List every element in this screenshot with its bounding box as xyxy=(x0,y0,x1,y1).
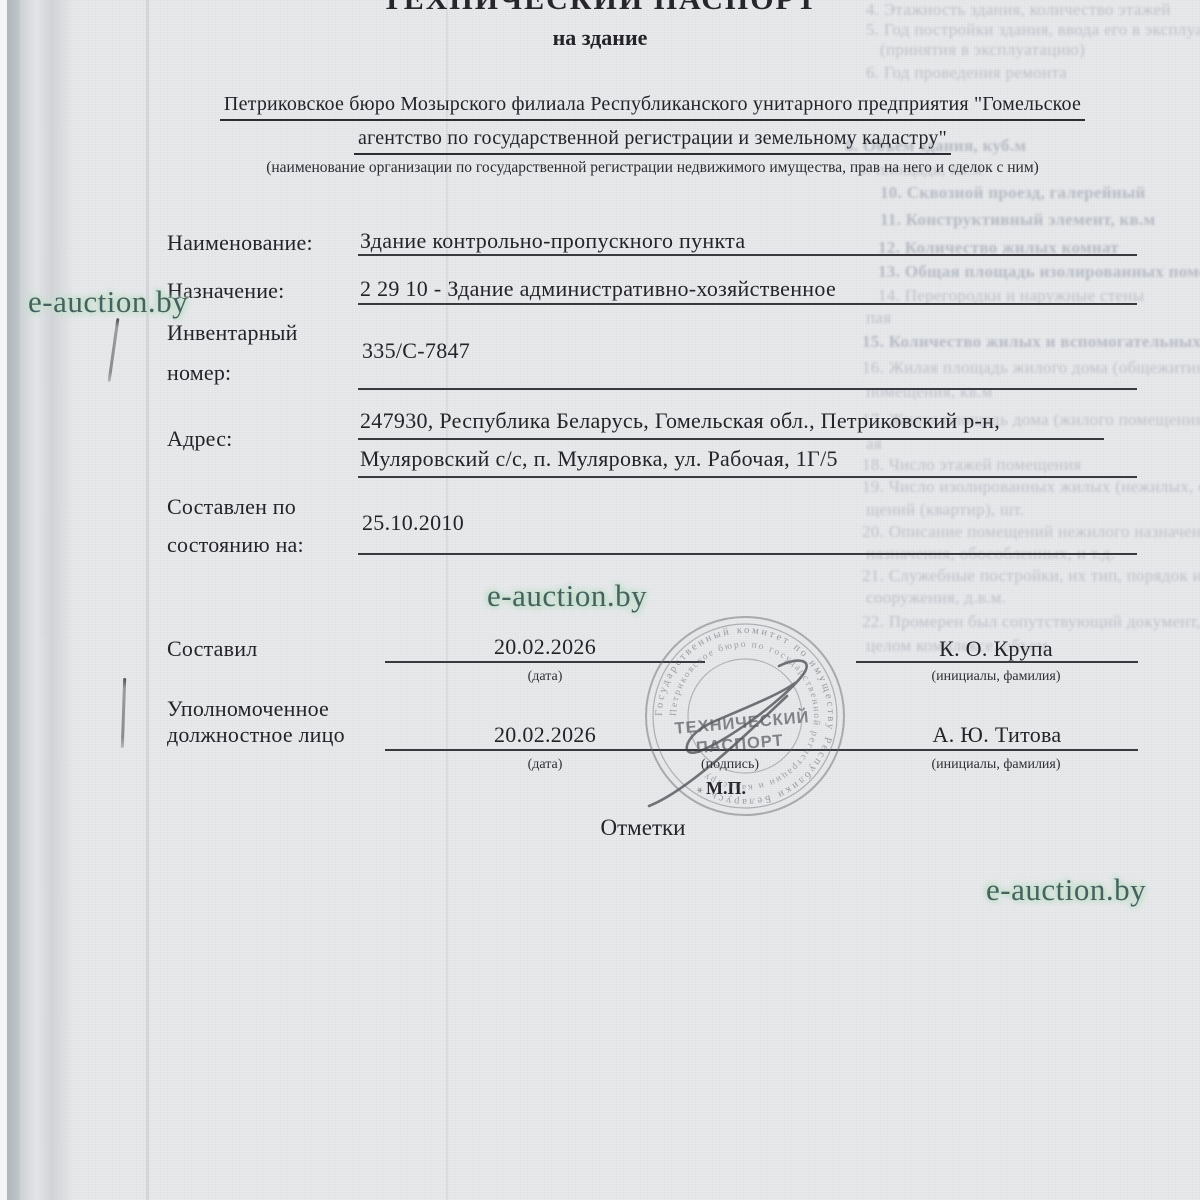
document-title: ТЕХНИЧЕСКИЙ ПАСПОРТ xyxy=(0,0,1200,17)
scan-edge-white xyxy=(0,0,7,1200)
field-inventory-label-line2: номер: xyxy=(167,360,231,386)
field-address-underline1 xyxy=(358,438,1104,440)
field-inventory-value: 335/С-7847 xyxy=(362,338,470,364)
watermark-bottom-right: e-auction.by xyxy=(986,872,1146,908)
bleedthrough-text: 13. Общая площадь изолированных помещени… xyxy=(878,262,1200,282)
official-name: А. Ю. Титова xyxy=(933,722,1062,748)
field-address-value-line2: Муляровский с/с, п. Муляровка, ул. Рабоч… xyxy=(360,446,838,472)
official-name-caption: (инициалы, фамилия) xyxy=(931,757,1060,773)
official-label-line2: должностное лицо xyxy=(167,722,345,748)
bleedthrough-text: 16. Жилая площадь жилого дома (общежития… xyxy=(862,358,1200,378)
composed-date: 20.02.2026 xyxy=(494,634,596,660)
staple-mark-top xyxy=(108,318,120,382)
bleedthrough-text: 15. Количество жилых и вспомогательных п… xyxy=(862,332,1200,352)
field-name-label: Наименование: xyxy=(167,230,313,256)
document-subtitle: на здание xyxy=(0,25,1200,51)
composed-name-underline xyxy=(856,661,1138,663)
field-address-underline2 xyxy=(358,476,1137,478)
watermark-center: e-auction.by xyxy=(487,578,647,614)
paper-crease-line xyxy=(146,0,149,1200)
field-purpose-underline xyxy=(358,303,1137,305)
organization-name-line1-wrap: Петриковское бюро Мозырского филиала Рес… xyxy=(160,93,1145,116)
organization-name-line1: Петриковское бюро Мозырского филиала Рес… xyxy=(220,93,1085,121)
field-asof-label-line2: состоянию на: xyxy=(167,532,304,558)
composed-name: К. О. Крупа xyxy=(939,636,1053,662)
bleedthrough-text: ая xyxy=(866,434,882,454)
composed-date-caption: (дата) xyxy=(528,669,563,685)
composed-name-caption: (инициалы, фамилия) xyxy=(931,669,1060,685)
official-date: 20.02.2026 xyxy=(494,722,596,748)
field-inventory-label-line1: Инвентарный xyxy=(167,320,298,346)
field-asof-underline xyxy=(358,553,1137,555)
field-name-value: Здание контрольно-пропускного пункта xyxy=(360,228,745,254)
marks-heading: Отметки xyxy=(601,815,686,841)
bleedthrough-text: 6. Год проведения ремонта xyxy=(866,63,1067,83)
organization-name-line2-wrap: агентство по государственной регистрации… xyxy=(160,127,1145,150)
bleedthrough-text: щений (квартир), шт. xyxy=(866,500,1024,520)
bleedthrough-text: 22. Промерен был сопутствующий документ,… xyxy=(862,612,1200,632)
composed-label: Составил xyxy=(167,636,257,662)
watermark-top-left: e-auction.by xyxy=(28,284,188,320)
organization-caption: (наименование организации по государстве… xyxy=(160,159,1145,177)
field-inventory-underline xyxy=(358,388,1137,390)
bleedthrough-text: 10. Сквозной проезд, галерейный xyxy=(880,183,1146,203)
bleedthrough-text: 21. Служебные постройки, их тип, порядок… xyxy=(862,566,1200,586)
round-stamp: Государственный комитет по имуществу Рес… xyxy=(635,606,855,826)
organization-name-line2: агентство по государственной регистрации… xyxy=(354,127,951,155)
bleedthrough-text: пая xyxy=(866,308,891,328)
stamp-center-line2: ПАСПОРТ xyxy=(695,732,784,758)
field-name-underline xyxy=(358,254,1137,256)
bleedthrough-text: 20. Описание помещений нежилого назначен… xyxy=(862,522,1200,542)
paper-crease-line-center xyxy=(446,0,448,1200)
bleedthrough-text: помещения, кв.м xyxy=(866,382,993,402)
field-asof-label-line1: Составлен по xyxy=(167,494,296,520)
field-address-value-line1: 247930, Республика Беларусь, Гомельская … xyxy=(360,408,1000,434)
bleedthrough-text: сооружения, д.в.м. xyxy=(866,588,1006,608)
scanned-document-page: 4. Этажность здания, количество этажей5.… xyxy=(0,0,1200,1200)
bleedthrough-text: 18. Число этажей помещения xyxy=(862,455,1081,475)
staple-mark-bottom xyxy=(121,678,126,748)
field-asof-value: 25.10.2010 xyxy=(362,510,464,536)
bleedthrough-text: 11. Конструктивный элемент, кв.м xyxy=(880,210,1155,230)
official-date-caption: (дата) xyxy=(528,757,563,773)
field-purpose-value: 2 29 10 - Здание административно-хозяйст… xyxy=(360,276,836,302)
official-label-line1: Уполномоченное xyxy=(167,696,329,722)
bleedthrough-text: 19. Число изолированных жилых (нежилых, … xyxy=(862,477,1200,497)
field-address-label: Адрес: xyxy=(167,426,232,452)
scan-edge-shadow xyxy=(7,0,20,1200)
paper-crease xyxy=(34,0,74,1200)
